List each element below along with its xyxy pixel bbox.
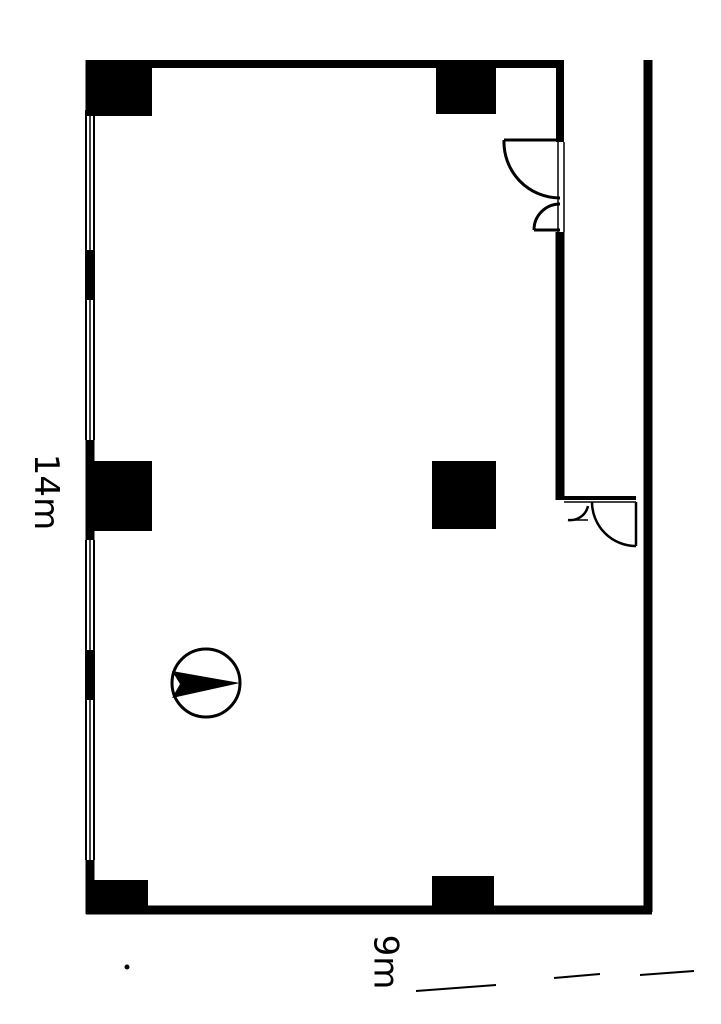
dimension-length-label: 14m <box>29 454 63 530</box>
column-bottom-right <box>432 876 494 914</box>
door-lower <box>564 502 636 546</box>
column-top-left <box>86 60 152 116</box>
columns <box>86 60 496 914</box>
column-bottom-left <box>86 880 148 914</box>
walls <box>86 60 652 914</box>
column-mid-center <box>432 461 496 529</box>
column-mid-left <box>86 461 152 531</box>
north-arrow-icon <box>172 649 240 717</box>
floor-plan <box>0 0 721 1024</box>
column-top-right <box>436 64 496 114</box>
scan-marks <box>126 966 695 992</box>
dimension-width-label: 9m <box>368 935 402 990</box>
door-upper <box>504 140 564 232</box>
